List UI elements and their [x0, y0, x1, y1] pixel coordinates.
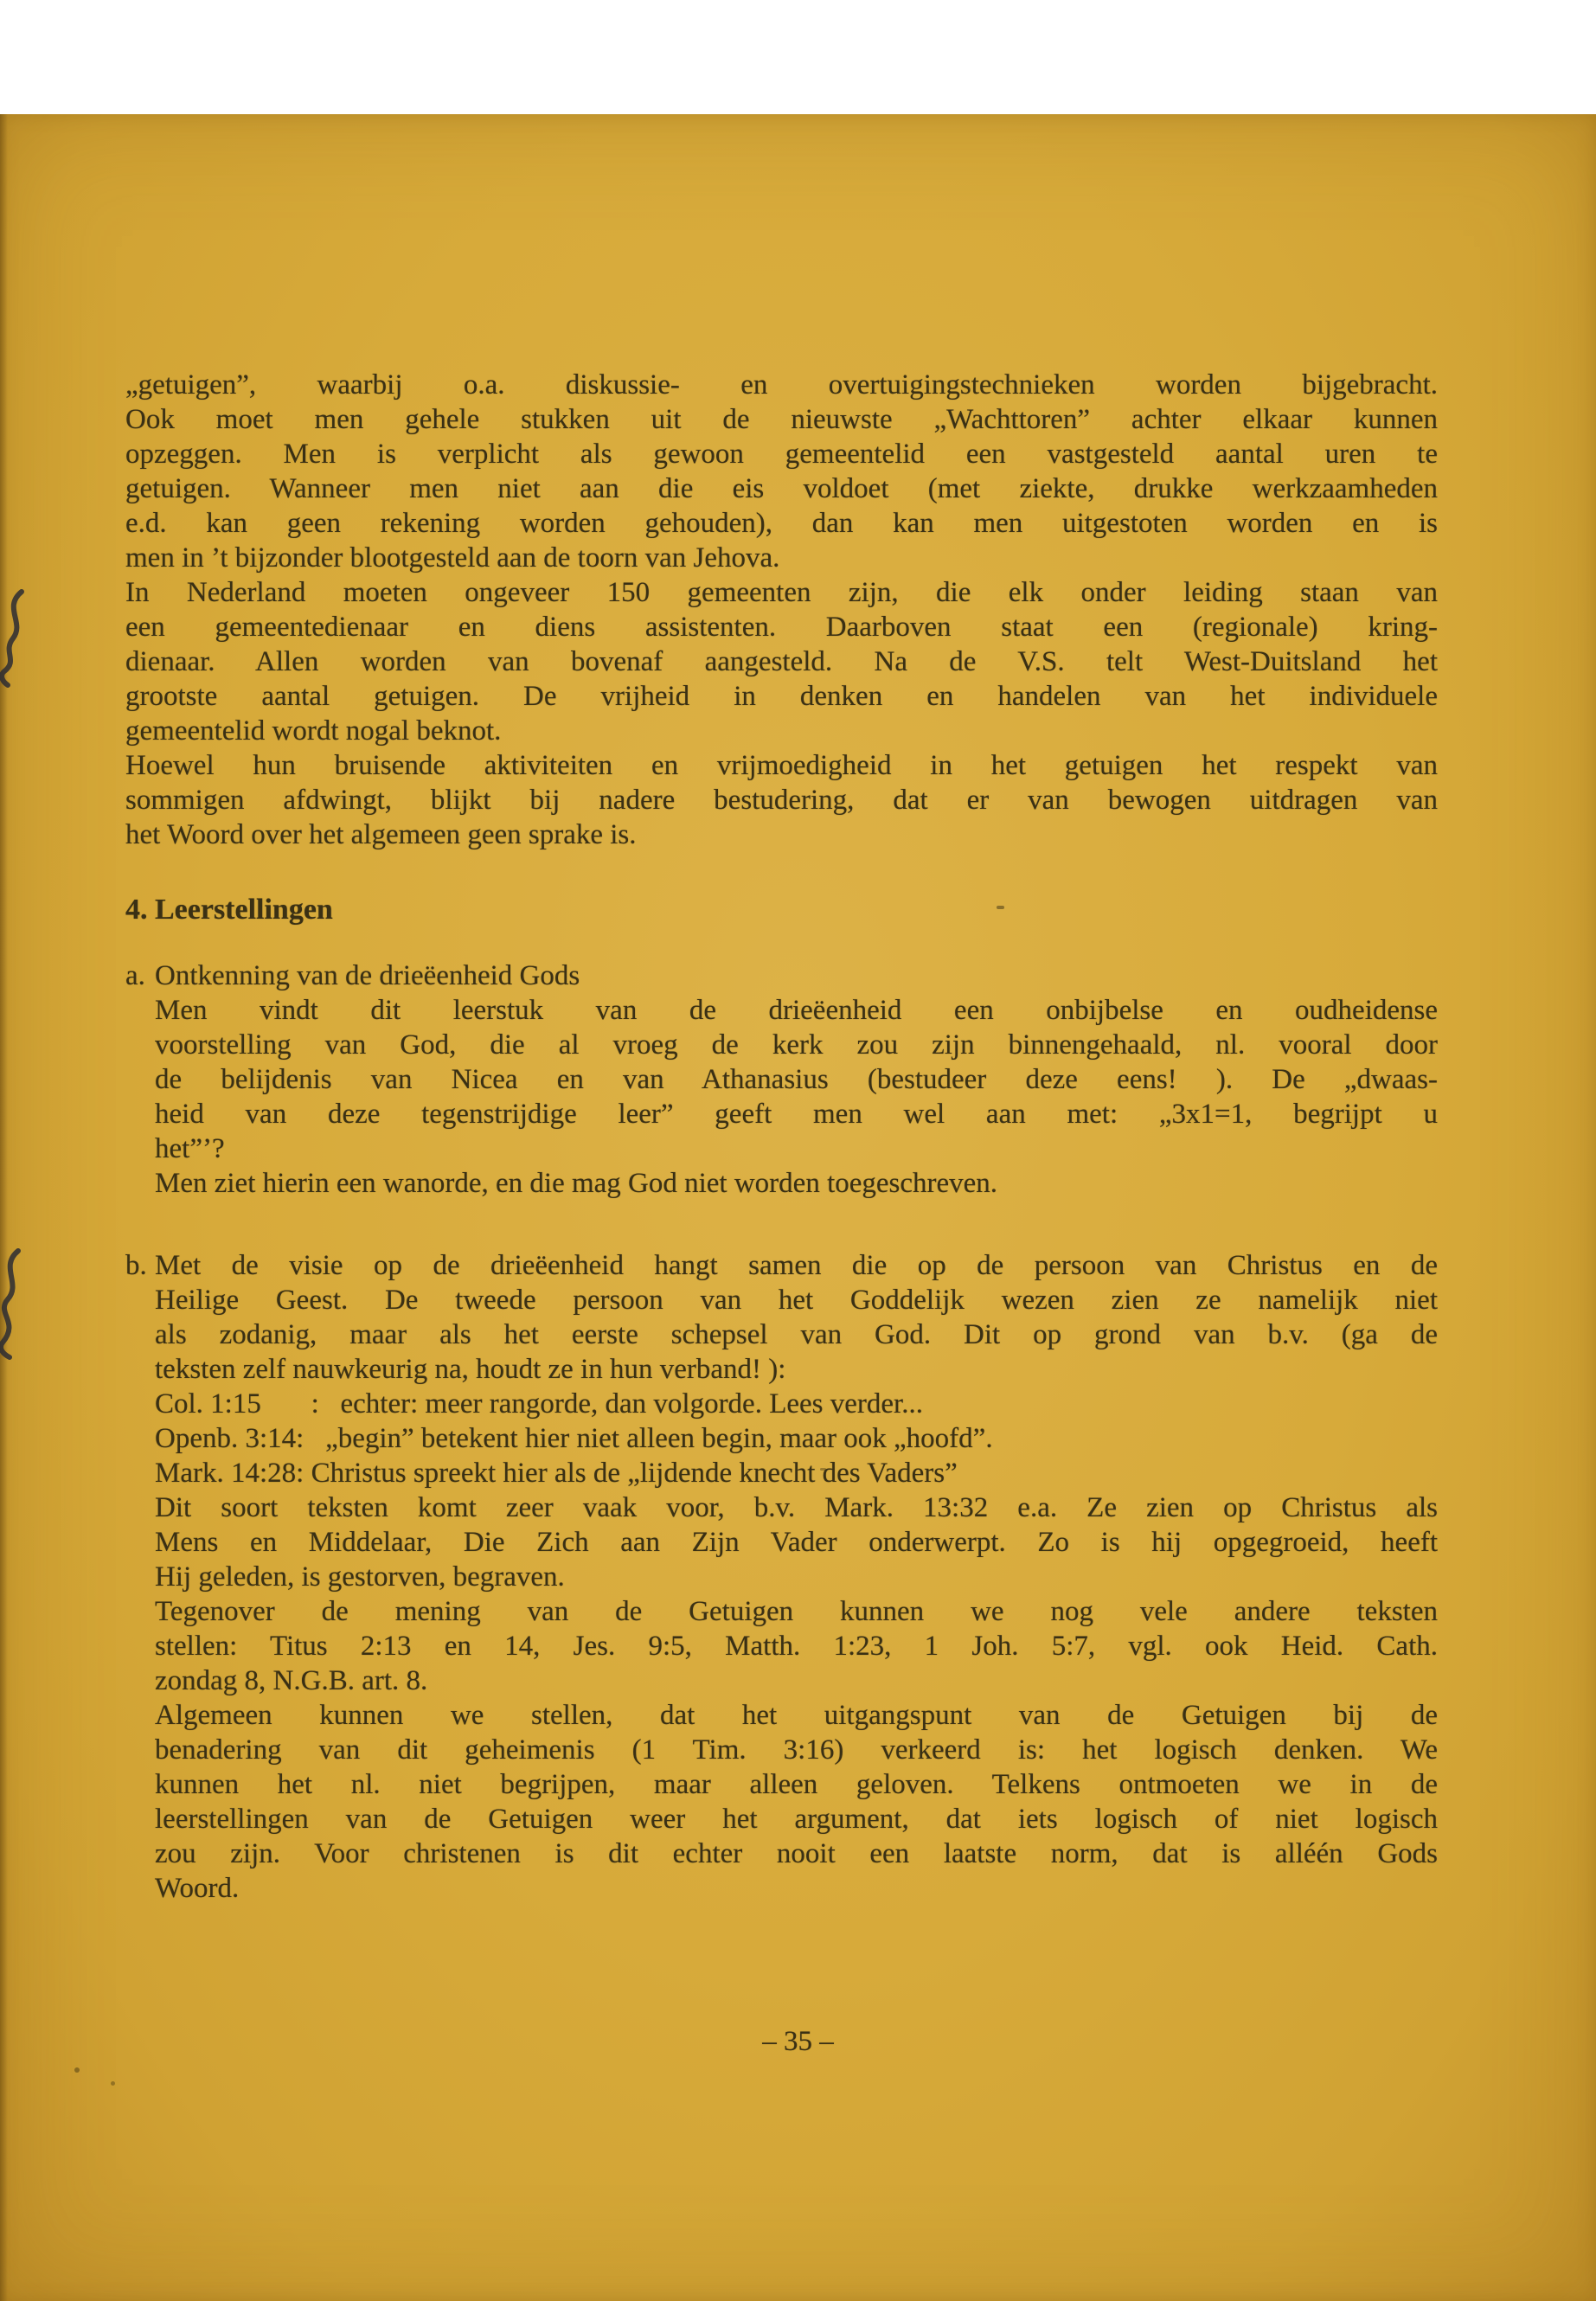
text-line: Mark. 14:28: Christus spreekt hier als d… — [155, 1456, 1438, 1490]
text-line: „getuigen”, waarbij o.a. diskussie- en o… — [125, 368, 1438, 402]
text-line: kunnen het nl. niet begrijpen, maar alle… — [155, 1767, 1438, 1802]
pen-squiggle-mark — [0, 588, 32, 690]
body-paragraphs: „getuigen”, waarbij o.a. diskussie- en o… — [125, 368, 1438, 852]
page-left-edge-shadow — [0, 114, 8, 2301]
text-line: Dit soort teksten komt zeer vaak voor, b… — [155, 1490, 1438, 1525]
text-line: voorstelling van God, die al vroeg de ke… — [155, 1028, 1438, 1062]
text-line: e.d. kan geen rekening worden gehouden),… — [125, 506, 1438, 541]
text-line: als zodanig, maar als het eerste schepse… — [155, 1317, 1438, 1352]
text-line: een gemeentedienaar en diens assistenten… — [125, 610, 1438, 644]
text-line: heid van deze tegenstrijdige leer” geeft… — [155, 1097, 1438, 1131]
text-line: gemeentelid wordt nogal beknot. — [125, 714, 1438, 748]
text-line: Tegenover de mening van de Getuigen kunn… — [155, 1594, 1438, 1629]
text-line: Met de visie op de drieëenheid hangt sam… — [155, 1248, 1438, 1283]
text-line: stellen: Titus 2:13 en 14, Jes. 9:5, Mat… — [155, 1629, 1438, 1663]
page-number: – 35 – — [0, 2024, 1596, 2059]
text-line: Col. 1:15 : echter: meer rangorde, dan v… — [155, 1387, 1438, 1421]
text-line: Hoewel hun bruisende aktiviteiten en vri… — [125, 748, 1438, 783]
text-line: teksten zelf nauwkeurig na, houdt ze in … — [155, 1352, 1438, 1387]
text-line: zou zijn. Voor christenen is dit echter … — [155, 1836, 1438, 1871]
text-line: zondag 8, N.G.B. art. 8. — [155, 1663, 1438, 1698]
text-line: dienaar. Allen worden van bovenaf aanges… — [125, 644, 1438, 679]
text-line: Heilige Geest. De tweede persoon van het… — [155, 1283, 1438, 1317]
text-line: Men vindt dit leerstuk van de drieëenhei… — [155, 993, 1438, 1028]
text-line: Ontkenning van de drieëenheid Gods — [155, 958, 1438, 993]
text-line: opzeggen. Men is verplicht als gewoon ge… — [125, 437, 1438, 471]
text-line: getuigen. Wanneer men niet aan die eis v… — [125, 471, 1438, 506]
pen-squiggle-mark — [0, 1246, 32, 1360]
text-line: grootste aantal getuigen. De vrijheid in… — [125, 679, 1438, 714]
text-line: men in ’t bijzonder blootgesteld aan de … — [125, 541, 1438, 575]
paper-speck — [111, 2081, 115, 2086]
section-marker: b. — [125, 1248, 147, 1283]
section-a: a.Ontkenning van de drieëenheid GodsMen … — [125, 958, 1438, 1201]
text-line: Algemeen kunnen we stellen, dat het uitg… — [155, 1698, 1438, 1733]
text-line: sommigen afdwingt, blijkt bij nadere bes… — [125, 783, 1438, 817]
scanner-white-margin — [0, 0, 1596, 114]
text-line: Ook moet men gehele stukken uit de nieuw… — [125, 402, 1438, 437]
text-line: het”’? — [155, 1131, 1438, 1166]
scanned-book-page: „getuigen”, waarbij o.a. diskussie- en o… — [0, 0, 1596, 2301]
paragraph: In Nederland moeten ongeveer 150 gemeent… — [125, 575, 1438, 748]
text-line: benadering van dit geheimenis (1 Tim. 3:… — [155, 1733, 1438, 1767]
text-line: het Woord over het algemeen geen sprake … — [125, 817, 1438, 852]
text-line: Hij geleden, is gestorven, begraven. — [155, 1560, 1438, 1594]
paragraph: „getuigen”, waarbij o.a. diskussie- en o… — [125, 368, 1438, 575]
paper-speck — [74, 2067, 80, 2073]
section-heading: 4. Leerstellingen — [125, 893, 1438, 927]
text-line: Woord. — [155, 1871, 1438, 1906]
text-line: Openb. 3:14: „begin” betekent hier niet … — [155, 1421, 1438, 1456]
section-marker: a. — [125, 958, 145, 993]
text-line: In Nederland moeten ongeveer 150 gemeent… — [125, 575, 1438, 610]
paragraph: Hoewel hun bruisende aktiviteiten en vri… — [125, 748, 1438, 852]
text-line: de belijdenis van Nicea en van Athanasiu… — [155, 1062, 1438, 1097]
text-line: leerstellingen van de Getuigen weer het … — [155, 1802, 1438, 1836]
text-line: Men ziet hierin een wanorde, en die mag … — [155, 1166, 1438, 1201]
lettered-sections: a.Ontkenning van de drieëenheid GodsMen … — [125, 958, 1438, 1906]
page-text-block: „getuigen”, waarbij o.a. diskussie- en o… — [125, 368, 1438, 1906]
text-line: Mens en Middelaar, Die Zich aan Zijn Vad… — [155, 1525, 1438, 1560]
section-b: b.Met de visie op de drieëenheid hangt s… — [125, 1248, 1438, 1906]
